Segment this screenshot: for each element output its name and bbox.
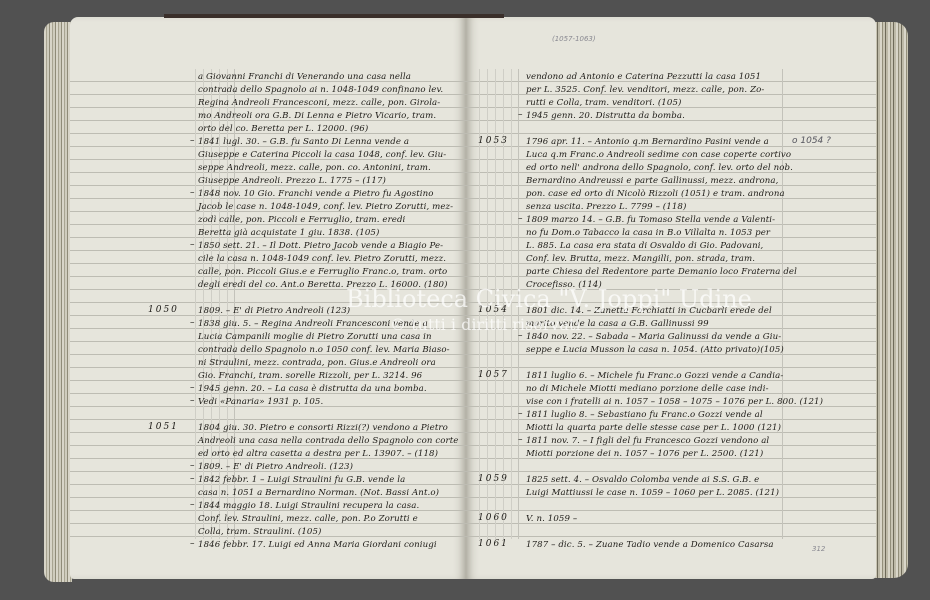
text-line: pon. case ed orto di Nicolò Rizzoli (105… bbox=[526, 188, 785, 201]
entry-dash: – bbox=[518, 110, 523, 120]
house-number: 1050 bbox=[148, 305, 179, 315]
text-line: Giuseppe Andreoli. Prezzo L. 1775 – (117… bbox=[198, 175, 386, 188]
pencil-range-note: (1057-1063) bbox=[552, 35, 596, 43]
text-line: a Giovanni Franchi di Venerando una casa… bbox=[198, 71, 411, 84]
text-line: orto del co. Beretta per L. 12000. (96) bbox=[198, 123, 368, 136]
text-line: cile la casa n. 1048-1049 conf. lev. Pie… bbox=[198, 253, 446, 266]
text-line: Bernardino Andreussi e parte Gallinussi,… bbox=[526, 175, 778, 188]
text-line: vise con i fratelli ai n. 1057 – 1058 – … bbox=[526, 396, 823, 409]
text-line: Jacob le case n. 1048-1049, conf. lev. P… bbox=[198, 201, 453, 214]
margin-side-note: o 1054 ? bbox=[792, 136, 831, 146]
page-stack-left bbox=[44, 22, 72, 582]
text-line: 1811 nov. 7. – I figli del fu Francesco … bbox=[526, 435, 769, 448]
entry-dash: – bbox=[190, 383, 195, 393]
text-line: Conf. lev. Straulini, mezz. calle, pon. … bbox=[198, 513, 418, 526]
entry-dash: – bbox=[518, 435, 523, 445]
house-number: 1057 bbox=[478, 370, 509, 380]
text-line: 1787 – dic. 5. – Zuane Tadio vende a Dom… bbox=[526, 539, 774, 552]
text-line: Miotti la quarta parte delle stesse case… bbox=[526, 422, 781, 435]
house-number: 1060 bbox=[478, 513, 509, 523]
text-line: calle, pon. Piccoli Gius.e e Ferruglio F… bbox=[198, 266, 447, 279]
house-number: 1053 bbox=[478, 136, 509, 146]
text-line: 1825 sett. 4. – Osvaldo Colomba vende ai… bbox=[526, 474, 759, 487]
watermark-copyright: © tutti i diritti riservati bbox=[390, 315, 581, 334]
text-line: parte Chiesa del Redentore parte Demanio… bbox=[526, 266, 797, 279]
text-line: 1848 nov. 10 Gio. Franchi vende a Pietro… bbox=[198, 188, 434, 201]
entry-dash: – bbox=[190, 188, 195, 198]
entry-dash: – bbox=[190, 136, 195, 146]
text-line: 1850 sett. 21. – Il Dott. Pietro Jacob v… bbox=[198, 240, 443, 253]
text-line: seppe Andreoli, mezz. calle, pon. co. An… bbox=[198, 162, 431, 175]
notes-column-line bbox=[782, 69, 783, 539]
text-line: zodì calle, pon. Piccoli e Ferruglio, tr… bbox=[198, 214, 405, 227]
text-line: Conf. lev. Brutta, mezz. Mangilli, pon. … bbox=[526, 253, 755, 266]
text-line: L. 885. La casa era stata di Osvaldo di … bbox=[526, 240, 763, 253]
text-line: Miotti porzione dei n. 1057 – 1076 per L… bbox=[526, 448, 763, 461]
text-line: 1804 giu. 30. Pietro e consorti Rizzi(?)… bbox=[198, 422, 448, 435]
text-line: rutti e Colla, tram. venditori. (105) bbox=[526, 97, 681, 110]
text-line: casa n. 1051 a Bernardino Norman. (Not. … bbox=[198, 487, 439, 500]
entry-dash: – bbox=[190, 240, 195, 250]
house-number: 1061 bbox=[478, 539, 509, 549]
text-line: 1844 maggio 18. Luigi Straulini recupera… bbox=[198, 500, 419, 513]
text-line: contrada dello Spagnolo ai n. 1048-1049 … bbox=[198, 84, 443, 97]
text-line: 1796 apr. 11. – Antonio q.m Bernardino P… bbox=[526, 136, 769, 149]
text-line: ni Straulini, mezz. contrada, pon. Gius.… bbox=[198, 357, 436, 370]
text-line: 1809. – E' di Pietro Andreoli. (123) bbox=[198, 461, 353, 474]
entry-dash: – bbox=[190, 396, 195, 406]
entry-dash: – bbox=[518, 409, 523, 419]
binding-edge bbox=[164, 14, 504, 18]
watermark-library-name: Biblioteca Civica "V. Joppi" Udine bbox=[346, 285, 752, 313]
page-stack-right bbox=[872, 22, 908, 578]
house-number: 1051 bbox=[148, 422, 179, 432]
text-line: Luigi Mattiussi le case n. 1059 – 1060 p… bbox=[526, 487, 779, 500]
entry-dash: – bbox=[190, 500, 195, 510]
text-line: contrada dello Spagnolo n.o 1050 conf. l… bbox=[198, 344, 450, 357]
text-line: V. n. 1059 – bbox=[526, 513, 577, 526]
text-line: 1846 febbr. 17. Luigi ed Anna Maria Gior… bbox=[198, 539, 437, 552]
text-line: 1945 genn. 20. Distrutta da bomba. bbox=[526, 110, 685, 123]
entry-dash: – bbox=[190, 461, 195, 471]
house-number: 1059 bbox=[478, 474, 509, 484]
text-line: 1809 marzo 14. – G.B. fu Tomaso Stella v… bbox=[526, 214, 775, 227]
text-line: 1841 lugl. 30. – G.B. fu Santo Di Lenna … bbox=[198, 136, 409, 149]
entry-dash: – bbox=[190, 539, 195, 549]
text-line: 1811 luglio 8. – Sebastiano fu Franc.o G… bbox=[526, 409, 763, 422]
text-line: seppe e Lucia Musson la casa n. 1054. (A… bbox=[526, 344, 784, 357]
text-line: ed orto nell' androna dello Spagnolo, co… bbox=[526, 162, 793, 175]
text-line: senza uscita. Prezzo L. 7799 – (118) bbox=[526, 201, 686, 214]
text-line: Andreoli una casa nella contrada dello S… bbox=[198, 435, 458, 448]
text-line: 1945 genn. 20. – La casa è distrutta da … bbox=[198, 383, 427, 396]
text-line: no di Michele Miotti mediano porzione de… bbox=[526, 383, 769, 396]
text-line: Beretta già acquistate 1 giu. 1838. (105… bbox=[198, 227, 379, 240]
page-number: 312 bbox=[812, 545, 825, 553]
text-line: Gio. Franchi, tram. sorelle Rizzoli, per… bbox=[198, 370, 422, 383]
text-line: no fu Dom.o Tabacco la casa in B.o Villa… bbox=[526, 227, 770, 240]
text-line: Regina Andreoli Francesconi, mezz. calle… bbox=[198, 97, 440, 110]
text-line: 1811 luglio 6. – Michele fu Franc.o Gozz… bbox=[526, 370, 783, 383]
text-line: per L. 3525. Conf. lev. venditori, mezz.… bbox=[526, 84, 764, 97]
text-line: Colla, tram. Straulini. (105) bbox=[198, 526, 322, 539]
text-line: mo Andreoli ora G.B. Di Lenna e Pietro V… bbox=[198, 110, 436, 123]
text-line: ed orto ed altra casetta a destra per L.… bbox=[198, 448, 438, 461]
entry-dash: – bbox=[190, 474, 195, 484]
text-line: Luca q.m Franc.o Andreoli sedime con cas… bbox=[526, 149, 791, 162]
text-line: Vedi «Panaria» 1931 p. 105. bbox=[198, 396, 323, 409]
text-line: 1842 febbr. 1 – Luigi Straulini fu G.B. … bbox=[198, 474, 405, 487]
entry-dash: – bbox=[518, 214, 523, 224]
text-line: Giuseppe e Caterina Piccoli la casa 1048… bbox=[198, 149, 446, 162]
text-line: 1809. – E' di Pietro Andreoli (123) bbox=[198, 305, 350, 318]
entry-dash: – bbox=[190, 318, 195, 328]
text-line: vendono ad Antonio e Caterina Pezzutti l… bbox=[526, 71, 761, 84]
